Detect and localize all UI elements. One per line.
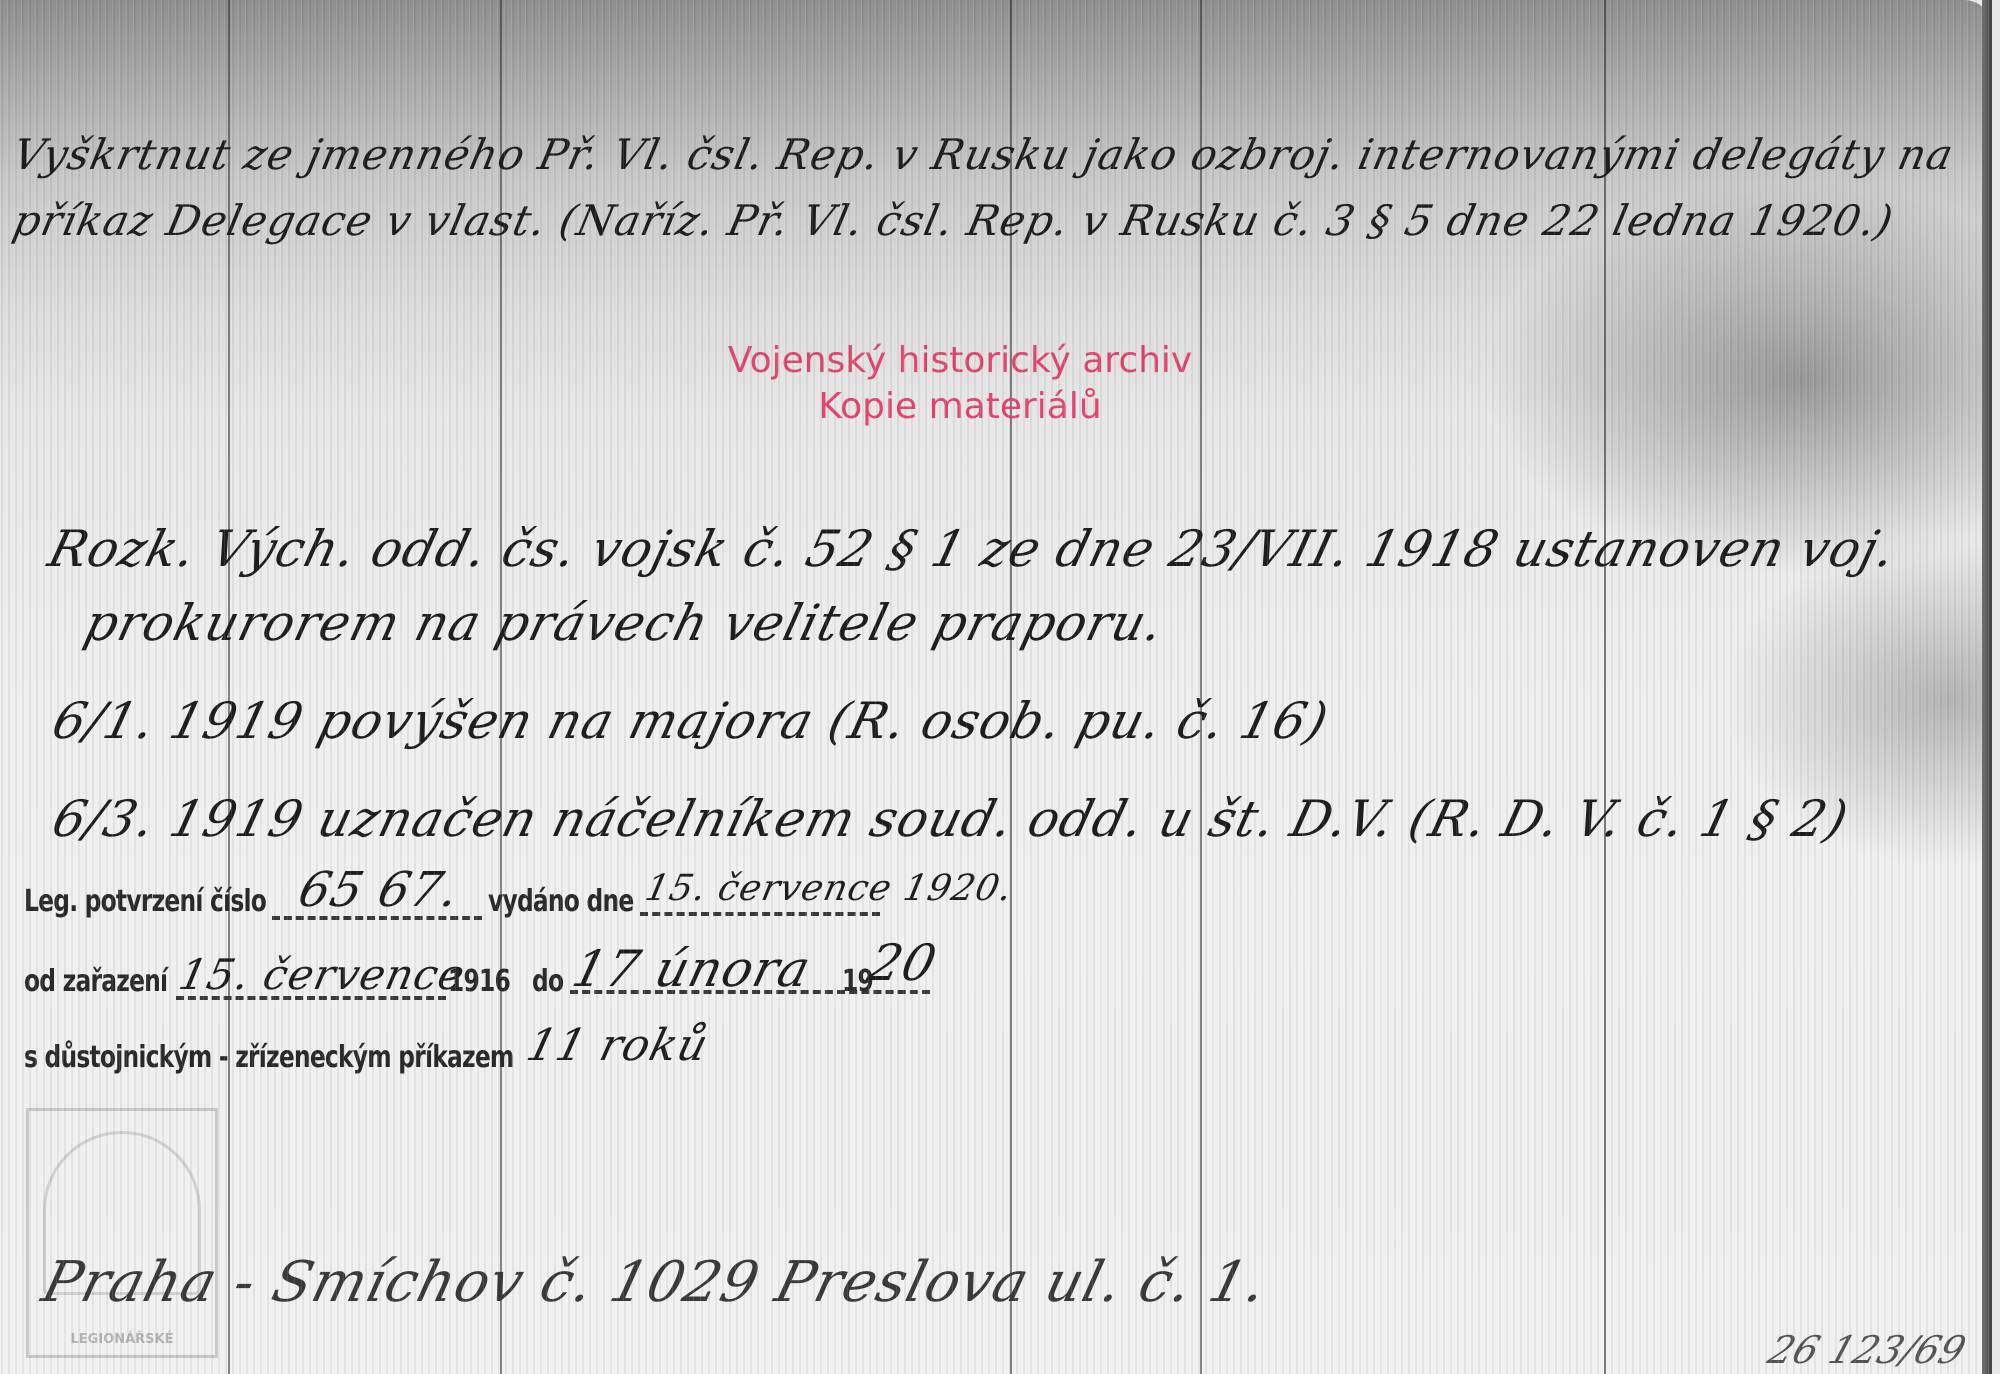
entry-1-line-2: prokurorem na právech velitele praporu. xyxy=(79,594,1170,652)
service-to-label: do xyxy=(532,964,563,999)
archive-number: 26 123/69 xyxy=(1763,1328,1971,1372)
service-to-value: 17 února xyxy=(567,940,817,998)
command-value: 11 roků xyxy=(522,1020,714,1071)
entry-2: 6/1. 1919 povýšen na majora (R. osob. pu… xyxy=(47,692,1335,750)
service-from-value: 15. července xyxy=(175,950,470,999)
archive-stamp: Vojenský historický archiv Kopie materiá… xyxy=(700,338,1220,430)
issued-line xyxy=(640,912,880,916)
index-card: Vyškrtnut ze jmenného Př. Vl. čsl. Rep. … xyxy=(0,0,1992,1374)
stamp-line-2: Kopie materiálů xyxy=(700,384,1220,430)
issued-value: 15. července 1920. xyxy=(642,868,1017,909)
header-note-line-2: příkaz Delegace v vlast. (Naříz. Př. Vl.… xyxy=(9,196,1898,245)
confirmation-value: 65 67. xyxy=(293,862,466,918)
entry-3: 6/3. 1919 uznačen náčelníkem soud. odd. … xyxy=(47,790,1855,848)
header-note-line-1: Vyškrtnut ze jmenného Př. Vl. čsl. Rep. … xyxy=(9,130,1958,179)
entry-1-line-1: Rozk. Vých. odd. čs. vojsk č. 52 § 1 ze … xyxy=(43,520,1902,578)
card-edge xyxy=(1982,0,1992,1374)
service-from-label: od zařazení xyxy=(24,964,167,999)
confirmation-label: Leg. potvrzení číslo xyxy=(24,884,266,919)
legion-emblem-icon: LEGIONÁŘSKÉ xyxy=(26,1108,218,1358)
watermark-label: LEGIONÁŘSKÉ xyxy=(29,1332,215,1347)
service-from-year: 1916 xyxy=(448,964,510,999)
address: Praha - Smíchov č. 1029 Preslova ul. č. … xyxy=(36,1250,1274,1315)
service-to-year-suffix: 20 xyxy=(863,934,943,992)
command-label: s důstojnickým - zřízeneckým příkazem xyxy=(24,1040,514,1075)
issued-label: vydáno dne xyxy=(488,884,633,919)
stamp-line-1: Vojenský historický archiv xyxy=(700,338,1220,384)
